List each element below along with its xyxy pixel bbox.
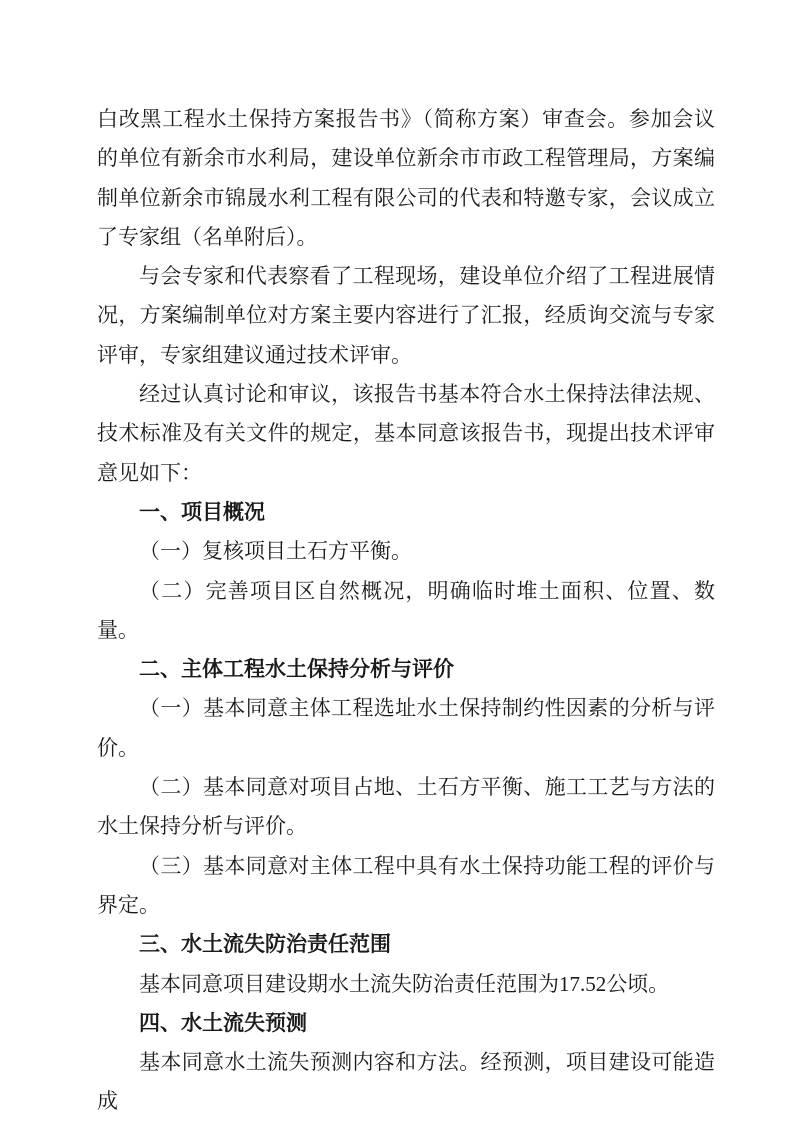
section-2-item-1: （一）基本同意主体工程选址水土保持制约性因素的分析与评价。 bbox=[97, 689, 715, 768]
paragraph-continuation-review-meeting: 白改黑工程水土保持方案报告书》（简称方案）审查会。参加会议的单位有新余市水利局，… bbox=[97, 100, 715, 257]
section-1-item-2: （二）完善项目区自然概况，明确临时堆土面积、位置、数量。 bbox=[97, 572, 715, 651]
document-text-block: 白改黑工程水土保持方案报告书》（简称方案）审查会。参加会议的单位有新余市水利局，… bbox=[97, 100, 715, 1122]
document-page: 白改黑工程水土保持方案报告书》（简称方案）审查会。参加会议的单位有新余市水利局，… bbox=[0, 0, 793, 1122]
section-3-body: 基本同意项目建设期水土流失防治责任范围为17.52公顷。 bbox=[97, 965, 715, 1004]
section-1-heading-project-overview: 一、项目概况 bbox=[97, 493, 715, 532]
section-2-item-2: （二）基本同意对项目占地、土石方平衡、施工工艺与方法的水土保持分析与评价。 bbox=[97, 768, 715, 847]
section-1-item-1: （一）复核项目土石方平衡。 bbox=[97, 532, 715, 571]
section-3-heading-responsibility-scope: 三、水土流失防治责任范围 bbox=[97, 925, 715, 964]
section-4-body: 基本同意水土流失预测内容和方法。经预测，项目建设可能造成 bbox=[97, 1043, 715, 1122]
section-4-heading-erosion-forecast: 四、水土流失预测 bbox=[97, 1004, 715, 1043]
section-2-heading-analysis-evaluation: 二、主体工程水土保持分析与评价 bbox=[97, 650, 715, 689]
section-2-item-3: （三）基本同意对主体工程中具有水土保持功能工程的评价与界定。 bbox=[97, 847, 715, 926]
paragraph-review-conclusion: 经过认真讨论和审议，该报告书基本符合水土保持法律法规、技术标准及有关文件的规定，… bbox=[97, 375, 715, 493]
paragraph-site-inspection: 与会专家和代表察看了工程现场，建设单位介绍了工程进展情况，方案编制单位对方案主要… bbox=[97, 257, 715, 375]
